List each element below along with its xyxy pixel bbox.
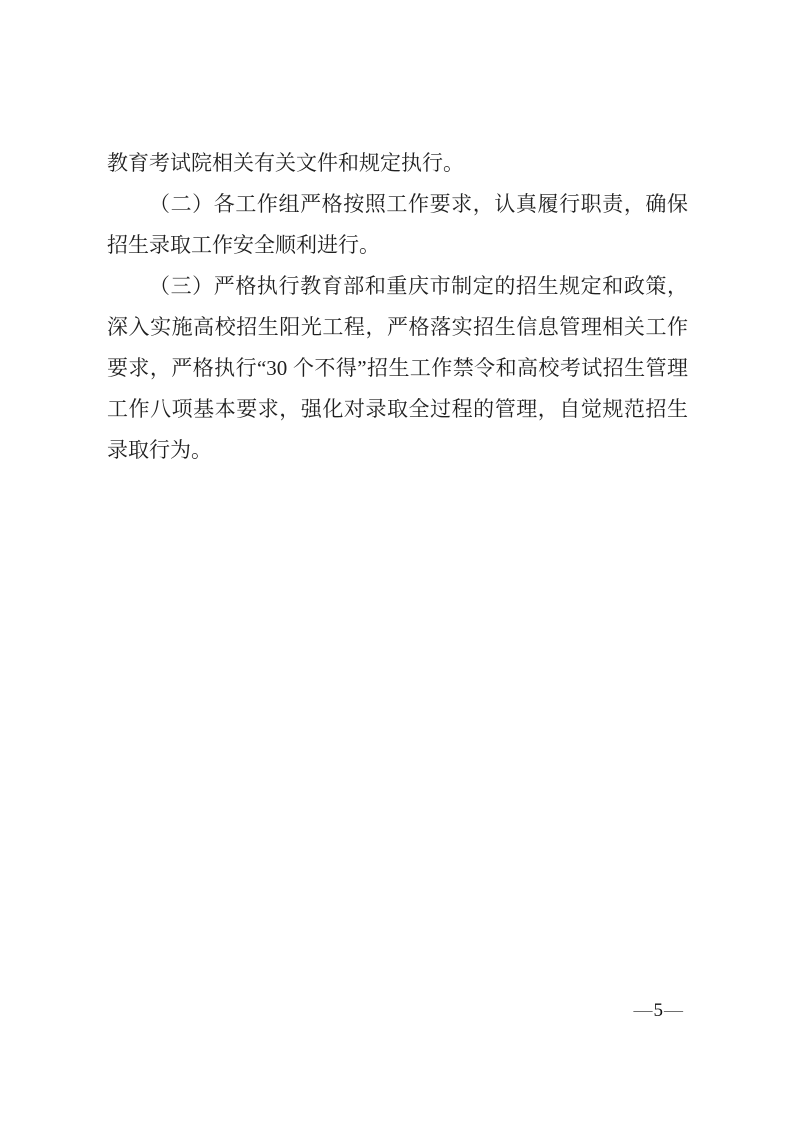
- page-number-value: 5: [654, 1000, 665, 1021]
- page-number-dash-right: —: [664, 1000, 684, 1021]
- page-number: —5—: [634, 1000, 685, 1022]
- document-page: 教育考试院相关有关文件和规定执行。（二）各工作组严格按照工作要求，认真履行职责，…: [0, 0, 794, 1122]
- paragraph: （二）各工作组严格按照工作要求，认真履行职责，确保招生录取工作安全顺利进行。: [107, 184, 688, 266]
- body-text: 教育考试院相关有关文件和规定执行。（二）各工作组严格按照工作要求，认真履行职责，…: [107, 143, 688, 471]
- paragraph: 教育考试院相关有关文件和规定执行。: [107, 143, 688, 184]
- page-number-dash-left: —: [634, 1000, 654, 1021]
- paragraph: （三）严格执行教育部和重庆市制定的招生规定和政策，深入实施高校招生阳光工程，严格…: [107, 266, 688, 471]
